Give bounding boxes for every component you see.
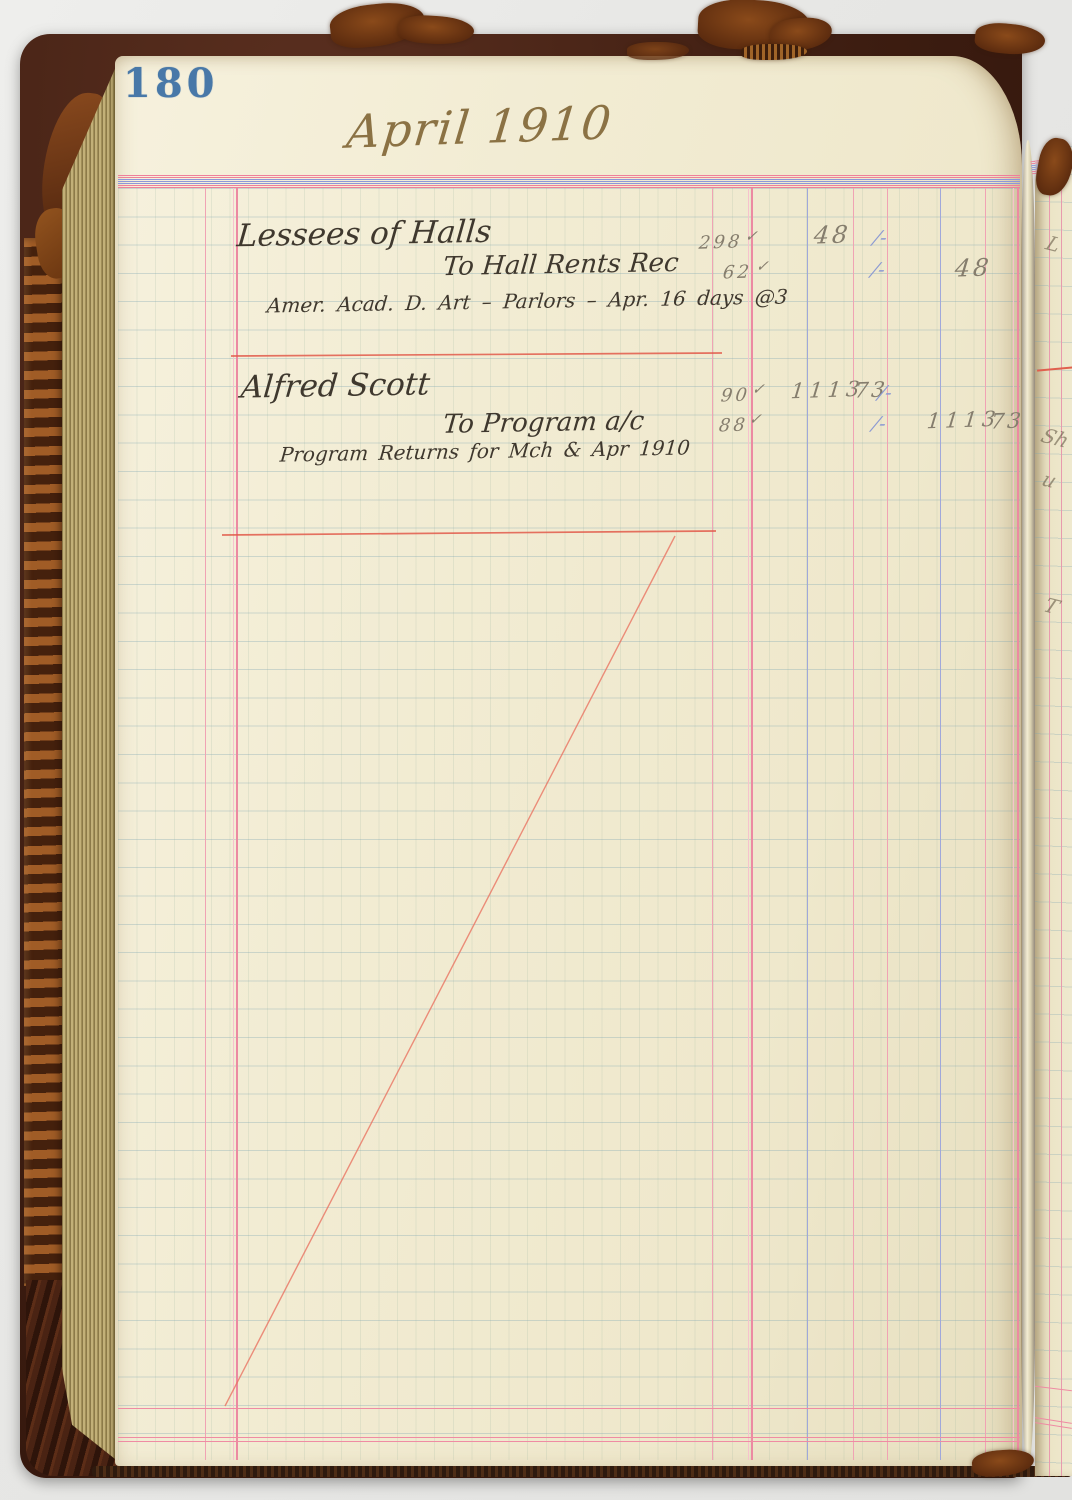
- next-page-sliver: L Sh u T: [1035, 146, 1072, 1476]
- posting-check: ✓: [755, 257, 772, 276]
- credit-amount-cents: 73: [990, 408, 1025, 433]
- ledger-photo: 180 April 1910 Lessees of Halls To Hall …: [0, 0, 1072, 1500]
- faint-ledger-grid: [1035, 146, 1072, 1476]
- entry-account-name: Alfred Scott: [239, 366, 431, 405]
- entry-contra-account: To Program a/c: [442, 406, 646, 440]
- ledger-page: 180 April 1910 Lessees of Halls To Hall …: [115, 56, 1022, 1466]
- gilt-page-edges: [62, 62, 118, 1467]
- page-fold-edge: [1021, 140, 1035, 1466]
- book-bottom-edge: [92, 1466, 1072, 1477]
- posting-check: ✓: [751, 380, 768, 399]
- credit-amount-dollars: 48: [954, 253, 993, 282]
- entry-account-name: Lessees of Halls: [235, 214, 493, 255]
- posting-check: ✓: [744, 227, 761, 246]
- entry-contra-account: To Hall Rents Rec: [442, 248, 680, 282]
- folio-number: 62: [722, 261, 753, 283]
- spine-striped-leather: [24, 238, 66, 1286]
- folio-number: 88: [718, 414, 749, 436]
- posting-check: ✓: [748, 410, 765, 429]
- folio-number: 298: [698, 231, 744, 254]
- debit-amount-dollars: 48: [813, 220, 852, 249]
- folio-number: 90: [720, 384, 751, 406]
